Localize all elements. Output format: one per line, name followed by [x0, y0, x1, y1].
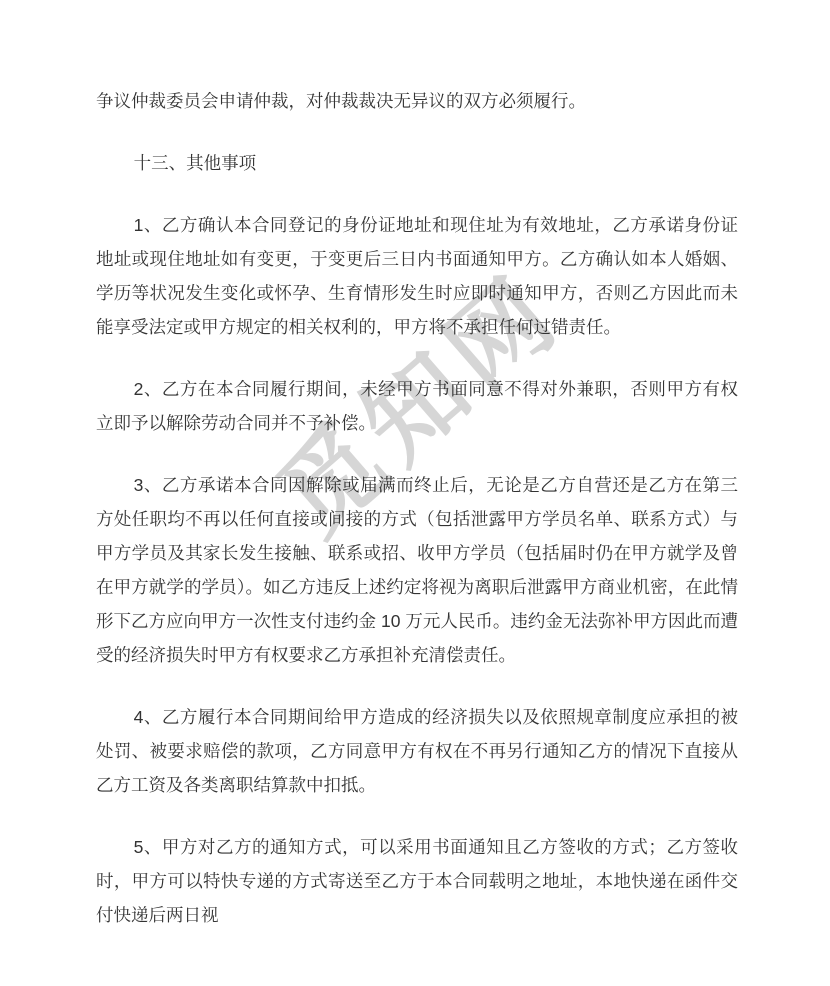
clause-5-notice-method: 5、甲方对乙方的通知方式，可以采用书面通知且乙方签收的方式；乙方签收时，甲方可以…: [96, 830, 738, 932]
clause-2-no-moonlighting: 2、乙方在本合同履行期间，未经甲方书面同意不得对外兼职，否则甲方有权立即予以解除…: [96, 372, 738, 440]
clause-4-deduction-of-losses: 4、乙方履行本合同期间给甲方造成的经济损失以及依照规章制度应承担的被处罚、被要求…: [96, 700, 738, 802]
contract-body: 争议仲裁委员会申请仲裁，对仲裁裁决无异议的双方必须履行。 十三、其他事项 1、乙…: [0, 0, 830, 932]
paragraph-arbitration-continuation: 争议仲裁委员会申请仲裁，对仲裁裁决无异议的双方必须履行。: [96, 84, 738, 118]
clause-1-address-confirmation: 1、乙方确认本合同登记的身份证地址和现住址为有效地址，乙方承诺身份证地址或现住地…: [96, 208, 738, 344]
clause-3-non-solicitation-penalty: 3、乙方承诺本合同因解除或届满而终止后，无论是乙方自营还是乙方在第三方处任职均不…: [96, 468, 738, 672]
section-heading-other-matters: 十三、其他事项: [96, 146, 738, 180]
document-page: 觅知网 争议仲裁委员会申请仲裁，对仲裁裁决无异议的双方必须履行。 十三、其他事项…: [0, 0, 830, 986]
